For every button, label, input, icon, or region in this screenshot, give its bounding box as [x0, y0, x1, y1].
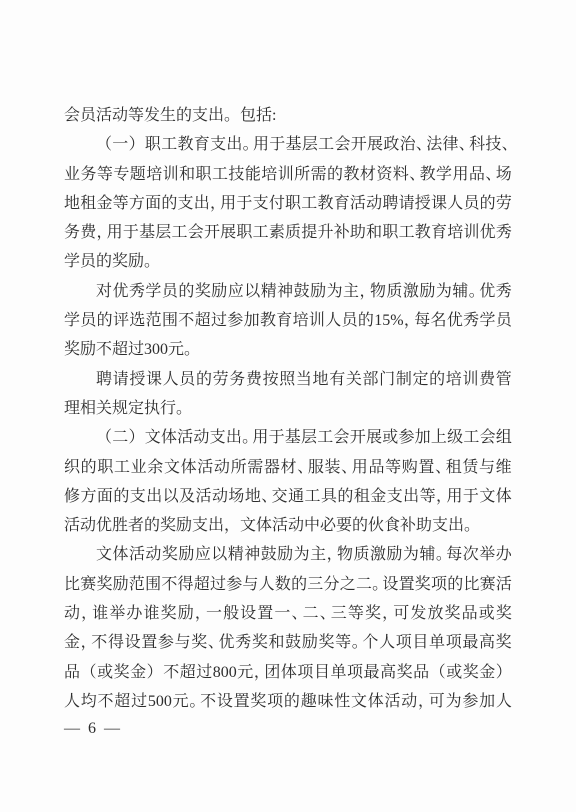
text-line: 奖励不超过300元。	[64, 335, 512, 364]
text-line: 理相关规定执行。	[64, 394, 512, 423]
page-number: — 6 —	[64, 719, 122, 739]
text-line: 品（或奖金）不超过800元，团体项目单项最高奖品（或奖金）	[64, 658, 512, 687]
paragraph: （一）职工教育支出。用于基层工会开展政治、法律、科技、业务等专题培训和职工技能培…	[64, 130, 512, 276]
text-line: 文体活动奖励应以精神鼓励为主，物质激励为辅。每次举办	[64, 540, 512, 569]
text-line: （二）文体活动支出。用于基层工会开展或参加上级工会组	[64, 423, 512, 452]
text-line: 人均不超过500元。不设置奖项的趣味性文体活动，可为参加人	[64, 687, 512, 716]
text-line: 活动优胜者的奖励支出，文体活动中必要的伙食补助支出。	[64, 511, 512, 540]
text-line: 学员的奖励。	[64, 247, 512, 276]
text-line: 务费，用于基层工会开展职工素质提升补助和职工教育培训优秀	[64, 218, 512, 247]
paragraph: 会员活动等发生的支出。包括:	[64, 101, 512, 130]
text-line: 地租金等方面的支出，用于支付职工教育活动聘请授课人员的劳	[64, 189, 512, 218]
text-line: 业务等专题培训和职工技能培训所需的教材资料、教学用品、场	[64, 160, 512, 189]
paragraph: 聘请授课人员的劳务费按照当地有关部门制定的培训费管理相关规定执行。	[64, 365, 512, 424]
text-line: 金，不得设置参与奖、优秀奖和鼓励奖等。个人项目单项最高奖	[64, 628, 512, 657]
document-page: 会员活动等发生的支出。包括:（一）职工教育支出。用于基层工会开展政治、法律、科技…	[0, 0, 576, 812]
text-line: 会员活动等发生的支出。包括:	[64, 101, 512, 130]
paragraph: 文体活动奖励应以精神鼓励为主，物质激励为辅。每次举办比赛奖励范围不得超过参与人数…	[64, 540, 512, 716]
text-line: 聘请授课人员的劳务费按照当地有关部门制定的培训费管	[64, 365, 512, 394]
text-line: 比赛奖励范围不得超过参与人数的三分之二。设置奖项的比赛活	[64, 570, 512, 599]
text-line: 修方面的支出以及活动场地、交通工具的租金支出等，用于文体	[64, 482, 512, 511]
text-line: 动，谁举办谁奖励，一般设置一、二、三等奖，可发放奖品或奖	[64, 599, 512, 628]
text-line: 学员的评选范围不超过参加教育培训人员的15%，每名优秀学员	[64, 306, 512, 335]
text-line: 织的职工业余文体活动所需器材、服装、用品等购置、租赁与维	[64, 453, 512, 482]
paragraph: （二）文体活动支出。用于基层工会开展或参加上级工会组织的职工业余文体活动所需器材…	[64, 423, 512, 540]
document-body: 会员活动等发生的支出。包括:（一）职工教育支出。用于基层工会开展政治、法律、科技…	[64, 101, 512, 716]
text-line: （一）职工教育支出。用于基层工会开展政治、法律、科技、	[64, 130, 512, 159]
paragraph: 对优秀学员的奖励应以精神鼓励为主，物质激励为辅。优秀学员的评选范围不超过参加教育…	[64, 277, 512, 365]
text-line: 对优秀学员的奖励应以精神鼓励为主，物质激励为辅。优秀	[64, 277, 512, 306]
